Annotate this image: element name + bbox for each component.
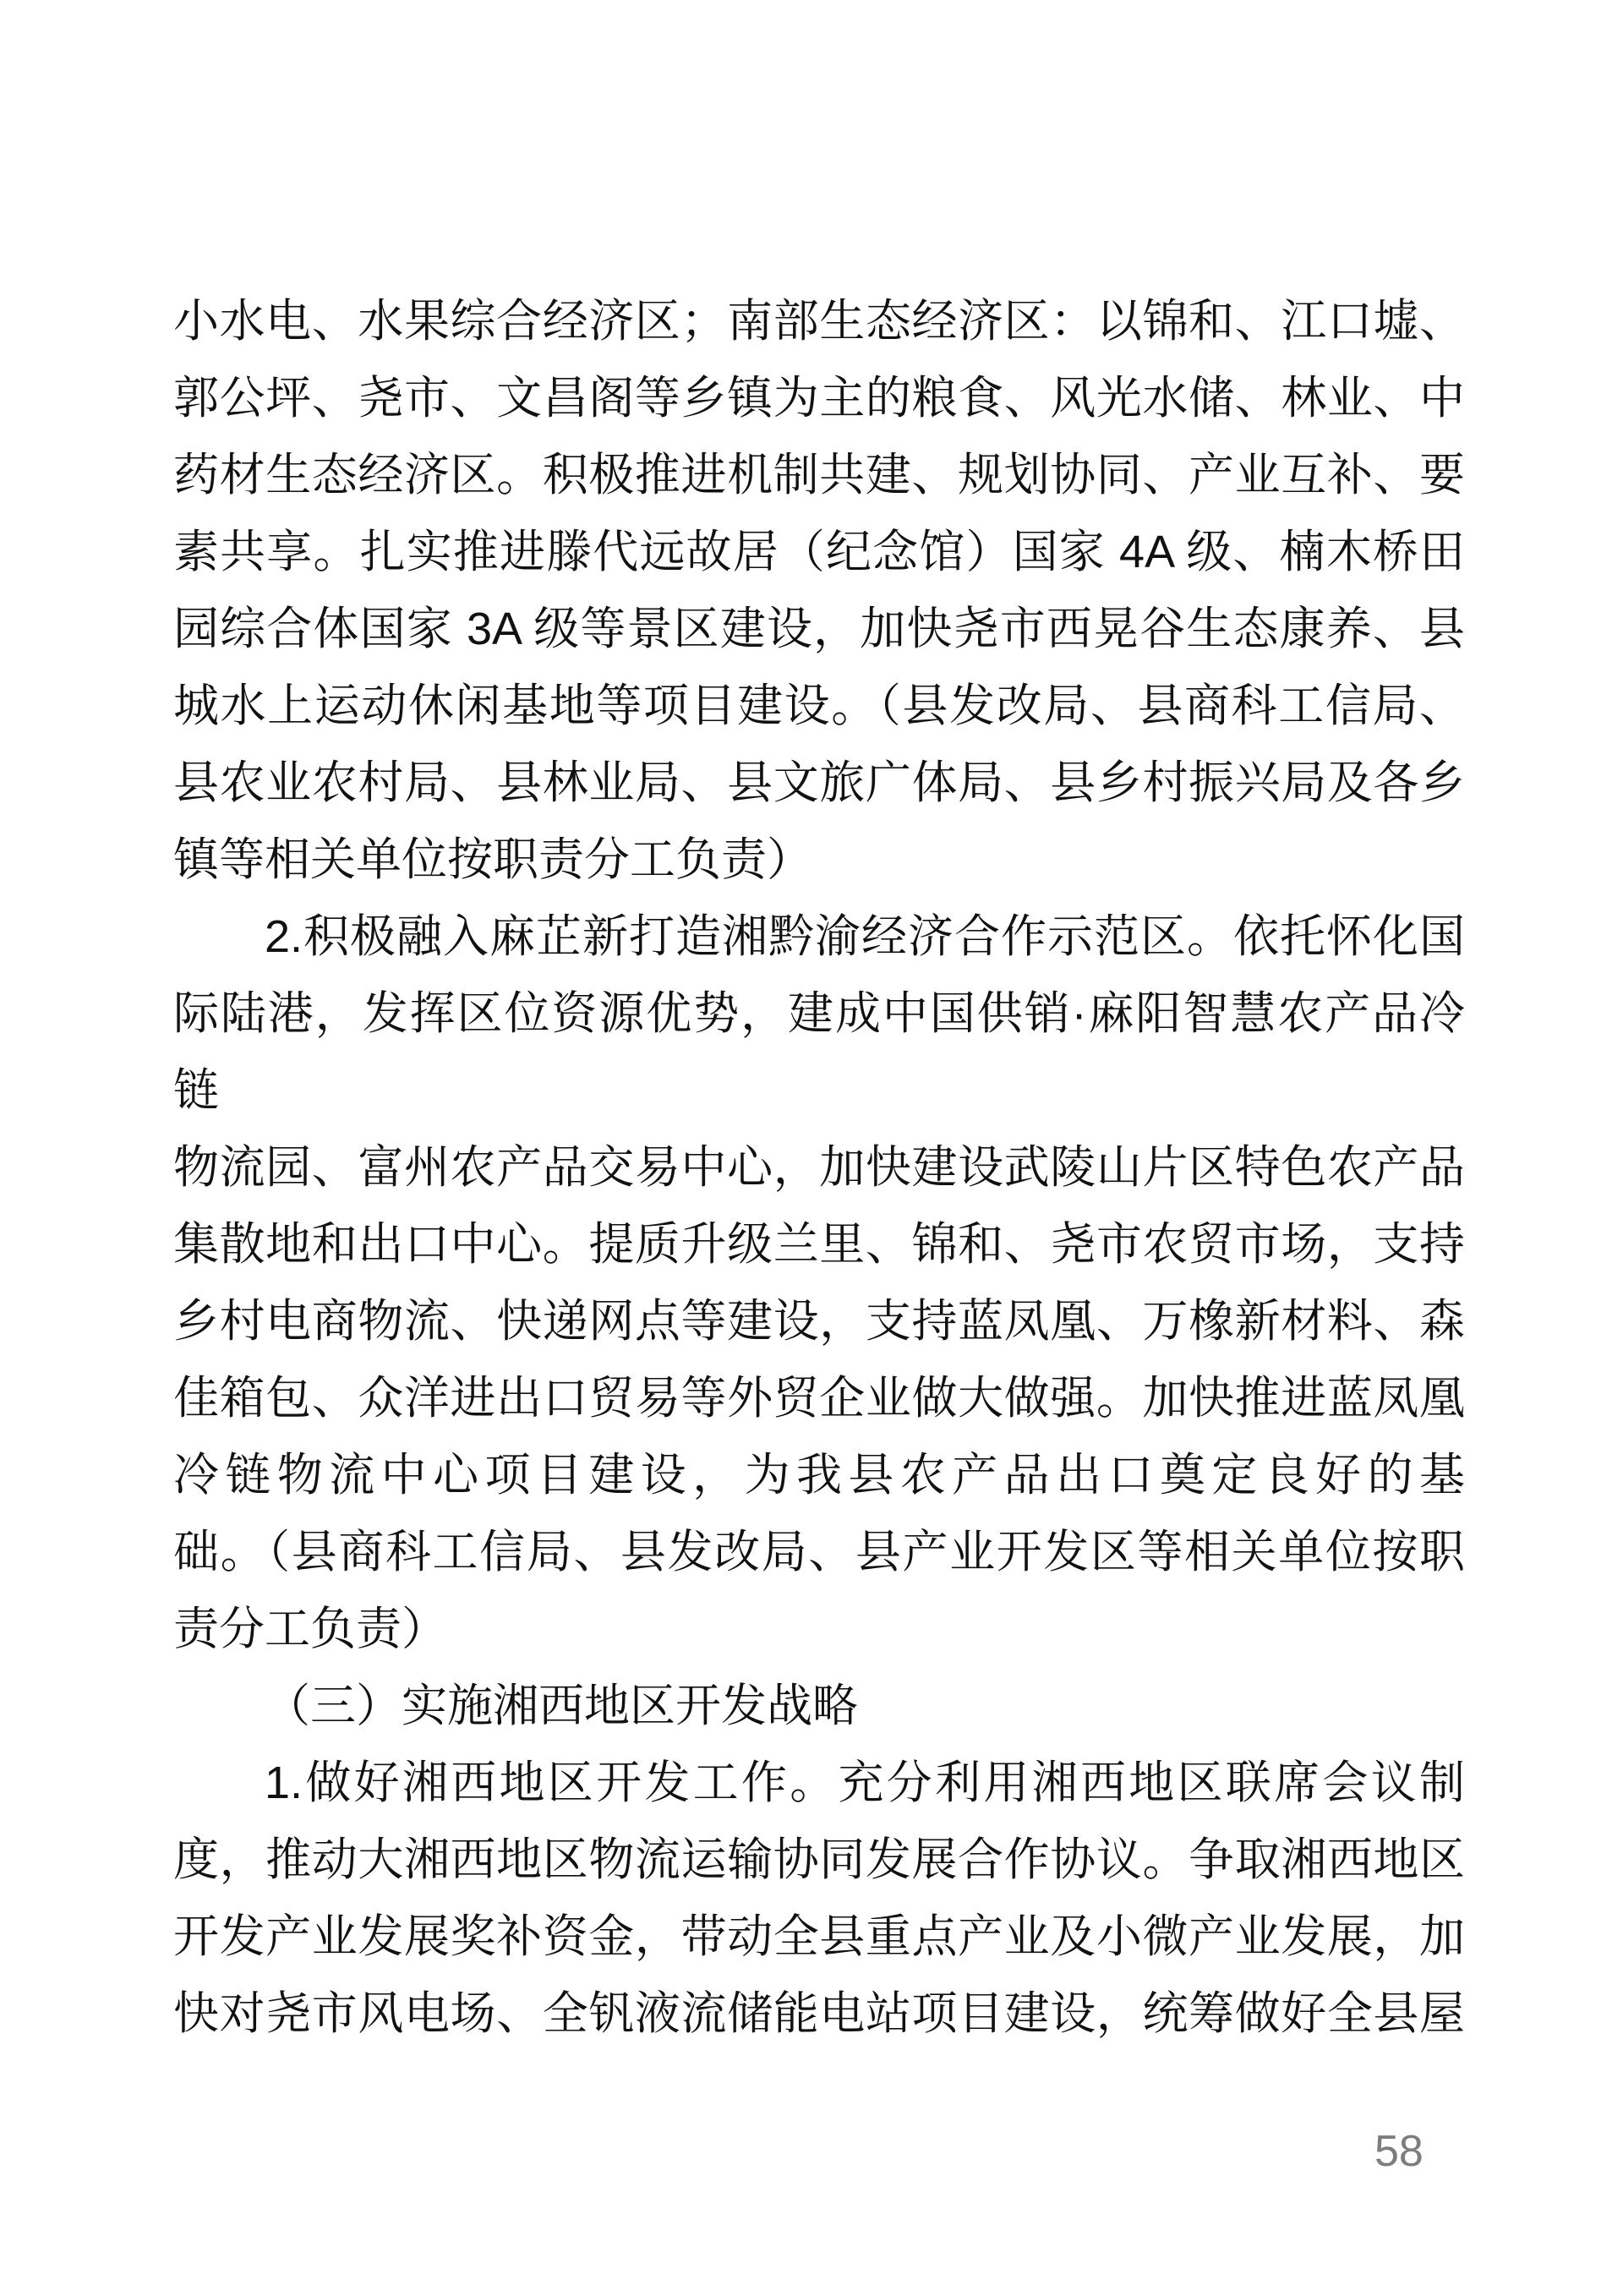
body-line: 郭公坪、尧市、文昌阁等乡镇为主的粮食、风光水储、林业、中: [173, 360, 1465, 437]
section-heading-line: （三）实施湘西地区开发战略: [173, 1668, 1465, 1745]
body-line: 园综合体国家 3A 级等景区建设，加快尧市西晃谷生态康养、县: [173, 591, 1465, 668]
body-line: 小水电、水果综合经济区；南部生态经济区：以锦和、江口墟、: [173, 283, 1465, 360]
page-number: 58: [1374, 2129, 1424, 2173]
body-line: 城水上运动休闲基地等项目建设。（县发改局、县商科工信局、: [173, 668, 1465, 745]
body-text-block: 小水电、水果综合经济区；南部生态经济区：以锦和、江口墟、 郭公坪、尧市、文昌阁等…: [173, 283, 1465, 2053]
paragraph-start-line: 1.做好湘西地区开发工作。充分利用湘西地区联席会议制: [173, 1745, 1465, 1822]
body-line: 物流园、富州农产品交易中心，加快建设武陵山片区特色农产品: [173, 1129, 1465, 1206]
body-line: 镇等相关单位按职责分工负责）: [173, 822, 1465, 899]
body-line: 度，推动大湘西地区物流运输协同发展合作协议。争取湘西地区: [173, 1822, 1465, 1899]
body-line: 药材生态经济区。积极推进机制共建、规划协同、产业互补、要: [173, 437, 1465, 514]
body-line: 乡村电商物流、快递网点等建设，支持蓝凤凰、万橡新材料、森: [173, 1283, 1465, 1360]
body-line: 开发产业发展奖补资金，带动全县重点产业及小微产业发展，加: [173, 1899, 1465, 1976]
body-line: 责分工负责）: [173, 1591, 1465, 1668]
body-line: 县农业农村局、县林业局、县文旅广体局、县乡村振兴局及各乡: [173, 745, 1465, 822]
body-line: 佳箱包、众洋进出口贸易等外贸企业做大做强。加快推进蓝凤凰: [173, 1360, 1465, 1437]
body-line: 素共享。扎实推进滕代远故居（纪念馆）国家 4A 级、楠木桥田: [173, 514, 1465, 591]
body-line: 际陆港，发挥区位资源优势，建成中国供销·麻阳智慧农产品冷链: [173, 976, 1465, 1129]
body-line: 冷链物流中心项目建设，为我县农产品出口奠定良好的基: [173, 1437, 1465, 1514]
body-line: 集散地和出口中心。提质升级兰里、锦和、尧市农贸市场，支持: [173, 1206, 1465, 1283]
document-page: 小水电、水果综合经济区；南部生态经济区：以锦和、江口墟、 郭公坪、尧市、文昌阁等…: [0, 0, 1623, 2296]
paragraph-start-line: 2.积极融入麻芷新打造湘黔渝经济合作示范区。依托怀化国: [173, 899, 1465, 976]
body-line: 础。（县商科工信局、县发改局、县产业开发区等相关单位按职: [173, 1514, 1465, 1591]
body-line: 快对尧市风电场、全钒液流储能电站项目建设，统筹做好全县屋: [173, 1976, 1465, 2053]
